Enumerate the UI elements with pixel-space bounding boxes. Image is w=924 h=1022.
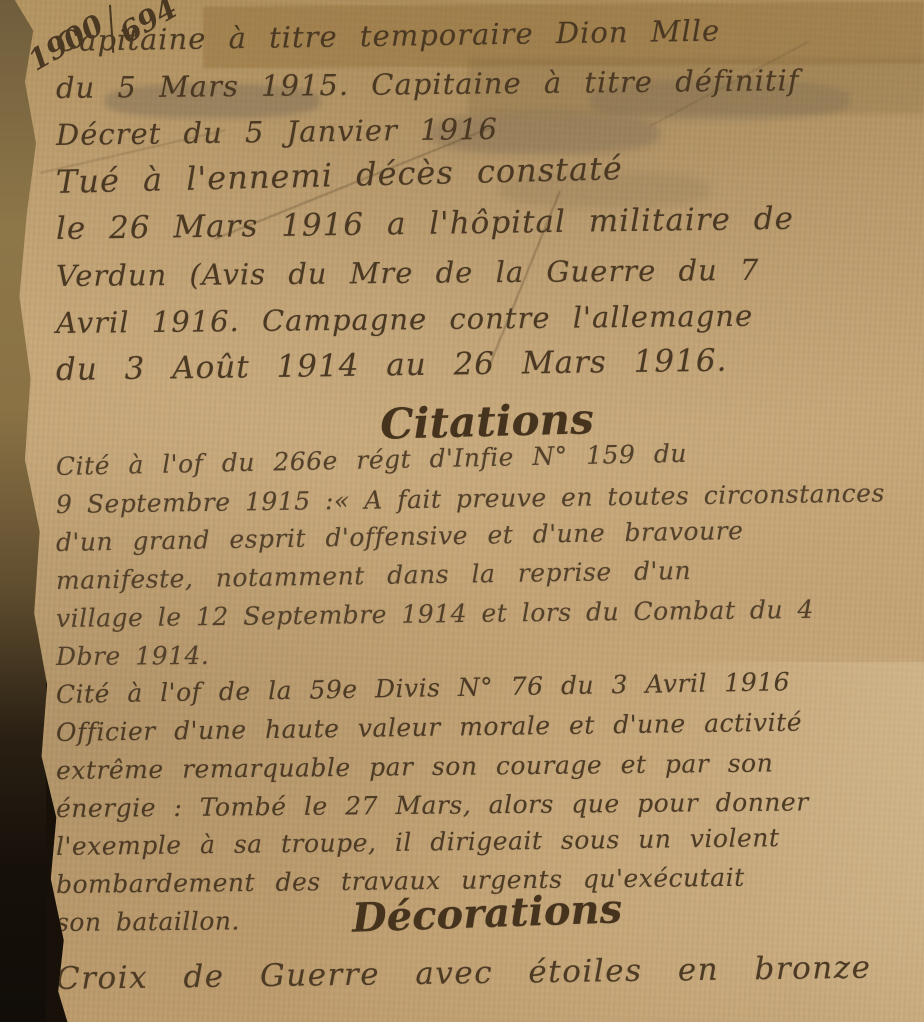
promotion-line-1: Capitaine à titre temporaire Dion Mlle	[56, 4, 919, 65]
handwritten-text: Capitaine à titre temporaire Dion Mlle d…	[56, 10, 918, 1002]
citation-line: son bataillon.	[56, 902, 240, 942]
paper-sheet: 1900 694 Capitaine à titre temporaire Di…	[0, 0, 924, 1022]
decorations-heading: Décorations	[351, 885, 623, 941]
